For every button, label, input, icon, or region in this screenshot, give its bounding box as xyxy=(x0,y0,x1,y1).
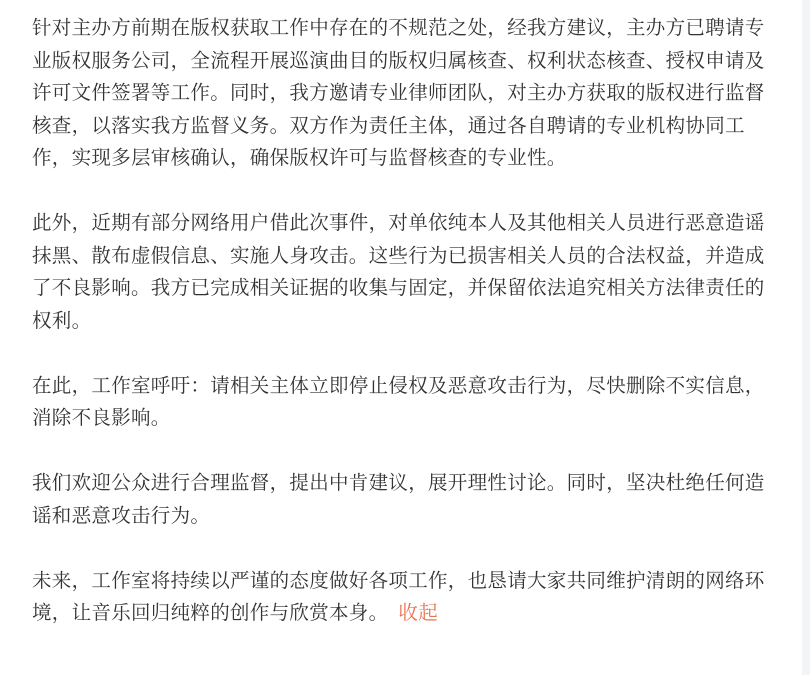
right-gutter xyxy=(802,0,810,675)
paragraph-public-supervision: 我们欢迎公众进行合理监督，提出中肯建议，展开理性讨论。同时，坚决杜绝任何造谣和恶… xyxy=(32,467,780,532)
paragraph-appeal: 在此，工作室呼吁：请相关主体立即停止侵权及恶意攻击行为，尽快删除不实信息，消除不… xyxy=(32,370,780,435)
paragraph-online-attacks: 此外，近期有部分网络用户借此次事件，对单依纯本人及其他相关人员进行恶意造谣抹黑、… xyxy=(32,207,780,337)
post-text: 针对主办方前期在版权获取工作中存在的不规范之处，经我方建议，主办方已聘请专业版权… xyxy=(32,12,780,630)
paragraph-future: 未来，工作室将持续以严谨的态度做好各项工作，也恳请大家共同维护清朗的网络环境，让… xyxy=(32,565,780,630)
post-body: 针对主办方前期在版权获取工作中存在的不规范之处，经我方建议，主办方已聘请专业版权… xyxy=(0,0,802,675)
paragraph-copyright-review: 针对主办方前期在版权获取工作中存在的不规范之处，经我方建议，主办方已聘请专业版权… xyxy=(32,12,780,175)
collapse-link[interactable]: 收起 xyxy=(398,601,438,624)
